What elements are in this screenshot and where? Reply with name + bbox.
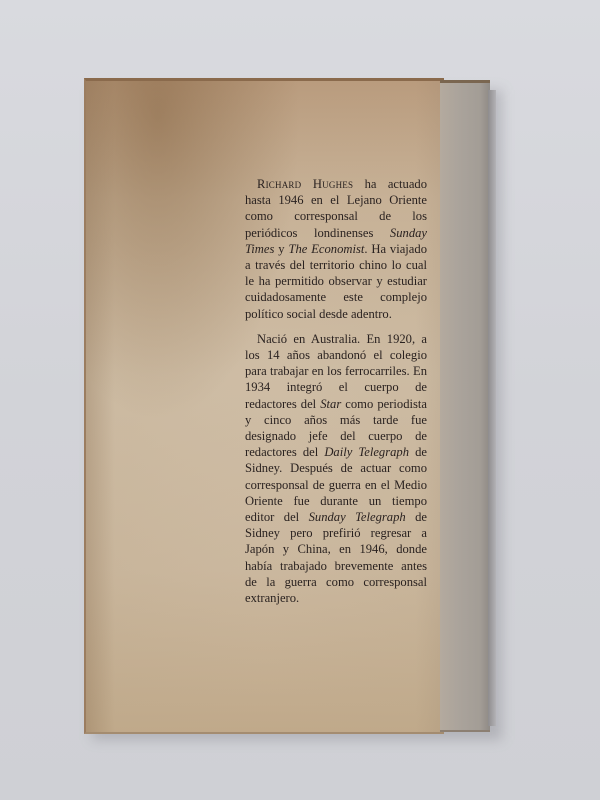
publication-title: The Economist	[288, 242, 364, 256]
author-name: Richard Hughes	[257, 177, 353, 191]
book-spine	[440, 80, 490, 732]
publication-title: Sunday Telegraph	[309, 510, 406, 524]
bio-text: de Sidney pero prefirió regresar a Japón…	[245, 510, 427, 605]
author-bio: Richard Hughes ha actuado hasta 1946 en …	[245, 176, 427, 615]
publication-title: Daily Telegraph	[324, 445, 409, 459]
spine-edge	[488, 90, 496, 726]
bio-text: y	[274, 242, 288, 256]
publication-title: Star	[320, 397, 341, 411]
bio-paragraph-1: Richard Hughes ha actuado hasta 1946 en …	[245, 176, 427, 322]
bio-paragraph-2: Nació en Australia. En 1920, a los 14 añ…	[245, 331, 427, 606]
